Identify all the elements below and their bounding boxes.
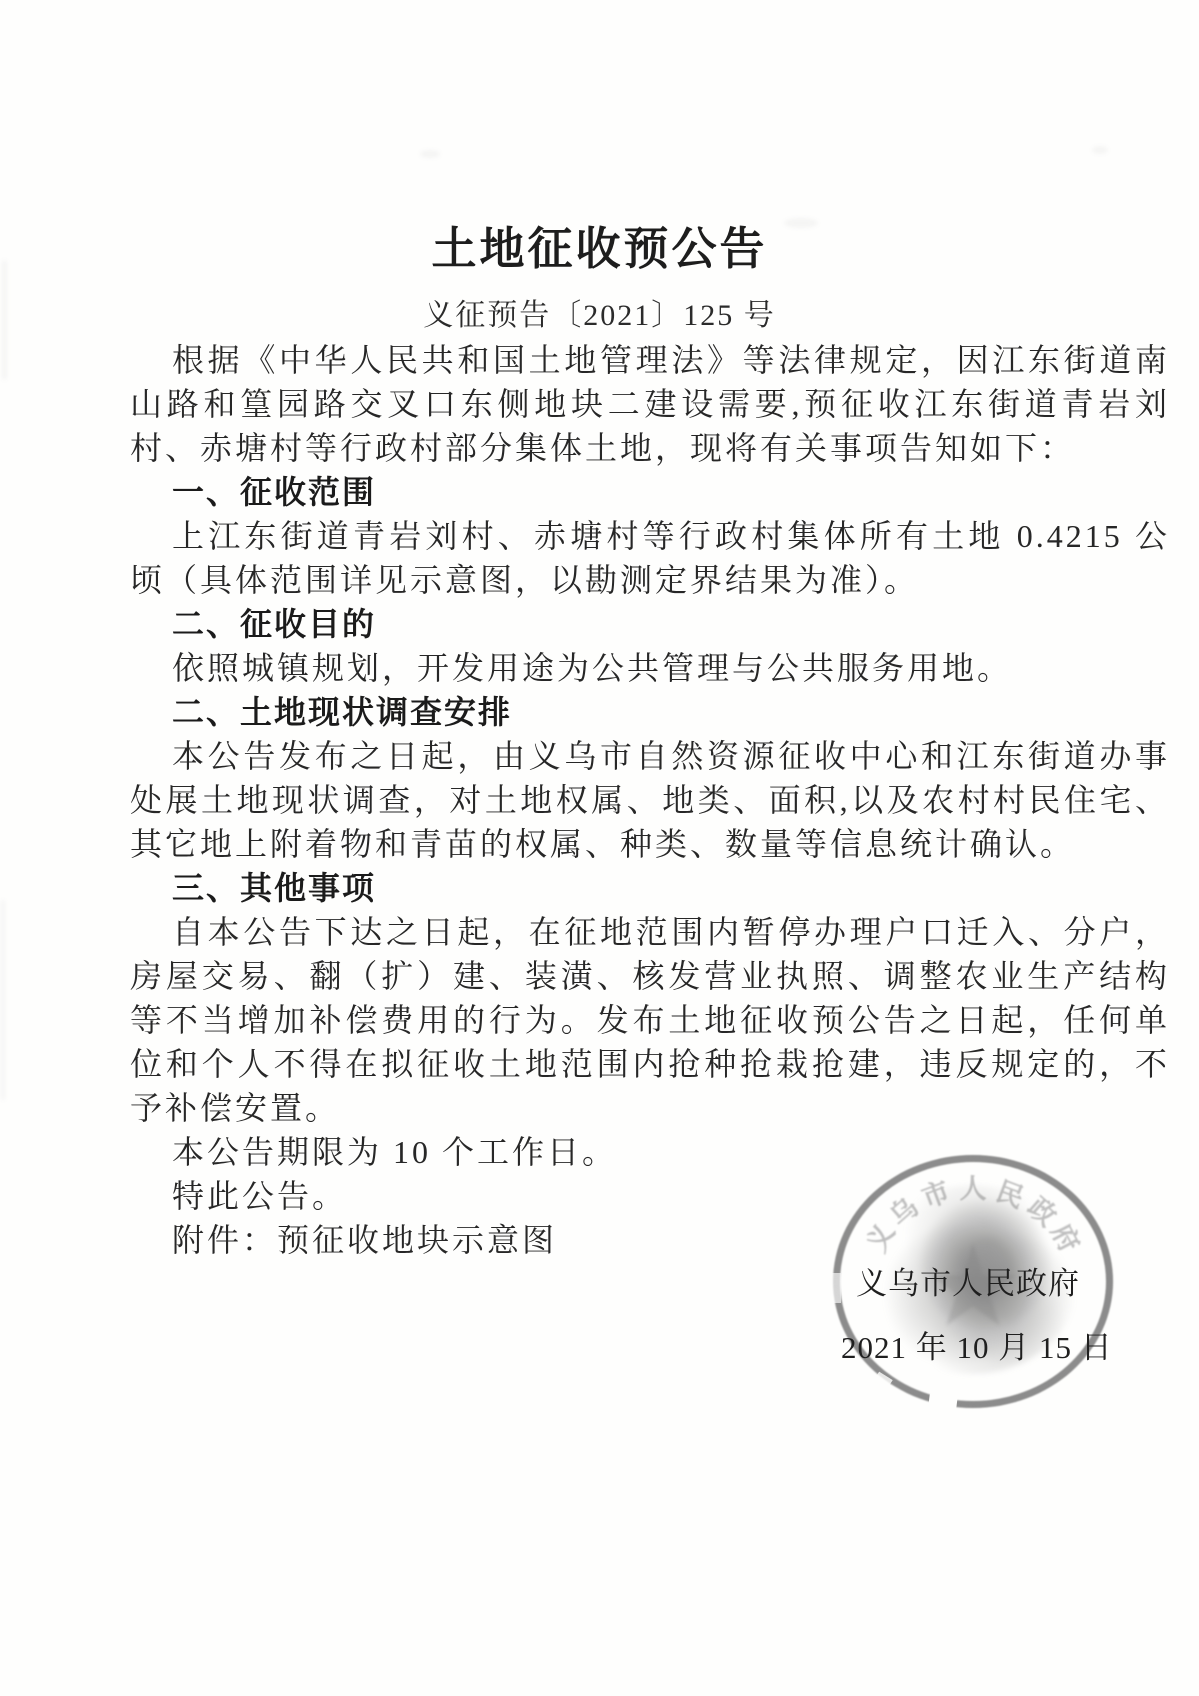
document-body: 根据《中华人民共和国土地管理法》等法律规定，因江东街道南山路和篁园路交叉口东侧地… <box>130 338 1170 1262</box>
scan-artifact <box>420 150 440 158</box>
section-2-paragraph: 依照城镇规划，开发用途为公共管理与公共服务用地。 <box>130 646 1170 690</box>
section-3-paragraph: 本公告发布之日起，由义乌市自然资源征收中心和江东街道办事处展土地现状调查，对土地… <box>130 734 1170 866</box>
seal-ring-gap <box>928 1393 957 1409</box>
issue-date: 2021 年 10 月 15 日 <box>841 1322 1113 1367</box>
scan-artifact <box>1 900 5 1100</box>
seal-ring-gap <box>831 1273 841 1303</box>
scan-artifact <box>1092 146 1108 154</box>
section-1-paragraph: 上江东街道青岩刘村、赤塘村等行政村集体所有土地 0.4215 公顷（具体范围详见… <box>130 514 1170 602</box>
document-page: 土地征收预公告 义征预告〔2021〕125 号 根据《中华人民共和国土地管理法》… <box>0 0 1199 1696</box>
intro-paragraph: 根据《中华人民共和国土地管理法》等法律规定，因江东街道南山路和篁园路交叉口东侧地… <box>130 338 1170 470</box>
scan-artifact <box>2 260 7 380</box>
section-3-heading: 二、土地现状调查安排 <box>130 690 1170 734</box>
section-4-paragraph: 自本公告下达之日起，在征地范围内暂停办理户口迁入、分户，房屋交易、翻（扩）建、装… <box>130 910 1170 1130</box>
section-1-heading: 一、征收范围 <box>130 470 1170 514</box>
section-2-heading: 二、征收目的 <box>130 602 1170 646</box>
issuer-signature: 义乌市人民政府 <box>856 1258 1080 1303</box>
section-4-heading: 三、其他事项 <box>130 866 1170 910</box>
document-number: 义征预告〔2021〕125 号 <box>0 290 1199 334</box>
scan-artifact <box>784 218 818 228</box>
document-title: 土地征收预公告 <box>0 212 1199 277</box>
